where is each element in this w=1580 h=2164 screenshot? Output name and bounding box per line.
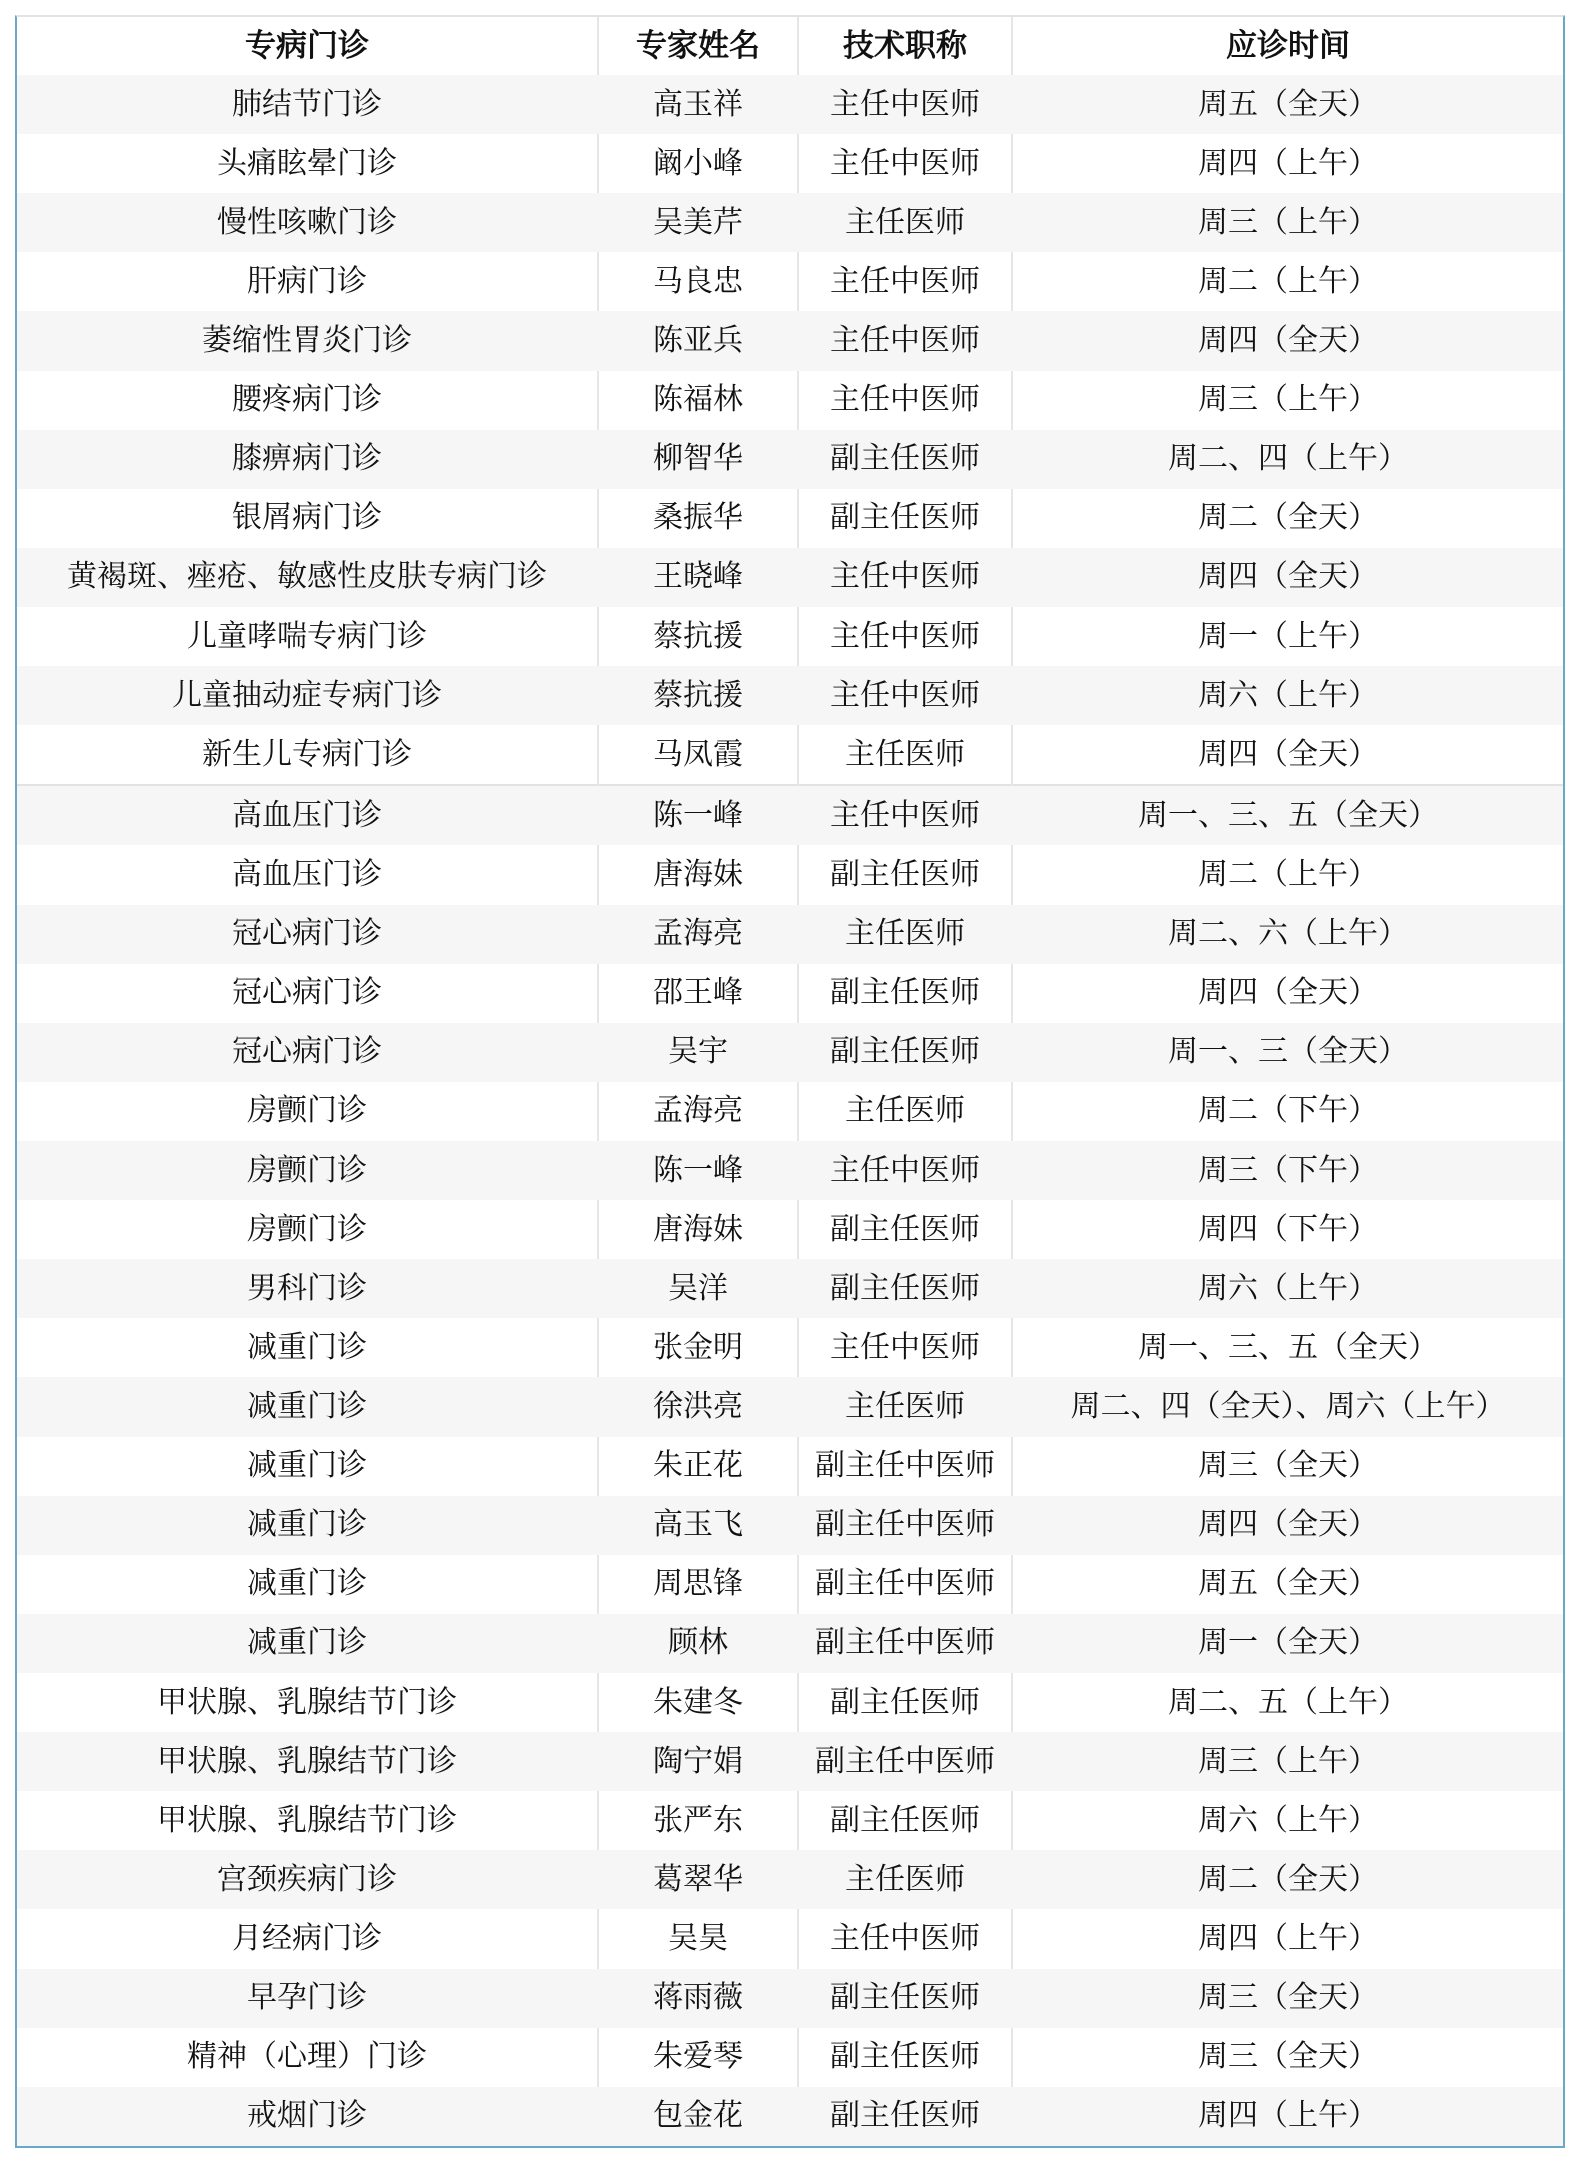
cell-expert: 葛翠华 (598, 1850, 798, 1909)
cell-clinic: 戒烟门诊 (17, 2087, 598, 2146)
table-row: 甲状腺、乳腺结节门诊张严东副主任医师周六（上午） (17, 1791, 1563, 1850)
cell-title: 主任中医师 (798, 785, 1012, 845)
cell-time: 周二、五（上午） (1012, 1673, 1563, 1732)
table-row: 房颤门诊孟海亮主任医师周二（下午） (17, 1082, 1563, 1141)
cell-time: 周六（上午） (1012, 666, 1563, 725)
table-row: 宫颈疾病门诊葛翠华主任医师周二（全天） (17, 1850, 1563, 1909)
table-row: 萎缩性胃炎门诊陈亚兵主任中医师周四（全天） (17, 311, 1563, 370)
table-row: 新生儿专病门诊马凤霞主任医师周四（全天） (17, 725, 1563, 785)
table-body: 肺结节门诊高玉祥主任中医师周五（全天）头痛眩晕门诊阚小峰主任中医师周四（上午）慢… (17, 75, 1563, 2146)
cell-title: 副主任医师 (798, 2087, 1012, 2146)
cell-expert: 马凤霞 (598, 725, 798, 785)
table-row: 房颤门诊陈一峰主任中医师周三（下午） (17, 1141, 1563, 1200)
cell-time: 周四（上午） (1012, 2087, 1563, 2146)
cell-title: 主任中医师 (798, 311, 1012, 370)
table-row: 高血压门诊陈一峰主任中医师周一、三、五（全天） (17, 785, 1563, 845)
table-row: 肝病门诊马良忠主任中医师周二（上午） (17, 252, 1563, 311)
cell-title: 副主任中医师 (798, 1732, 1012, 1791)
cell-title: 副主任医师 (798, 1259, 1012, 1318)
table-row: 头痛眩晕门诊阚小峰主任中医师周四（上午） (17, 134, 1563, 193)
cell-clinic: 精神（心理）门诊 (17, 2028, 598, 2087)
cell-clinic: 男科门诊 (17, 1259, 598, 1318)
cell-expert: 朱爱琴 (598, 2028, 798, 2087)
cell-clinic: 早孕门诊 (17, 1969, 598, 2028)
cell-expert: 吴美芹 (598, 193, 798, 252)
cell-expert: 蔡抗援 (598, 607, 798, 666)
cell-expert: 王晓峰 (598, 548, 798, 607)
cell-title: 主任中医师 (798, 1141, 1012, 1200)
cell-expert: 孟海亮 (598, 905, 798, 964)
cell-title: 副主任中医师 (798, 1496, 1012, 1555)
cell-clinic: 黄褐斑、痤疮、敏感性皮肤专病门诊 (17, 548, 598, 607)
header-time: 应诊时间 (1012, 17, 1563, 75)
cell-expert: 高玉飞 (598, 1496, 798, 1555)
header-expert: 专家姓名 (598, 17, 798, 75)
cell-title: 副主任中医师 (798, 1437, 1012, 1496)
cell-clinic: 房颤门诊 (17, 1141, 598, 1200)
cell-clinic: 冠心病门诊 (17, 1023, 598, 1082)
cell-time: 周一、三、五（全天） (1012, 785, 1563, 845)
cell-time: 周二、四（全天）、周六（上午） (1012, 1377, 1563, 1436)
cell-expert: 马良忠 (598, 252, 798, 311)
cell-expert: 朱建冬 (598, 1673, 798, 1732)
cell-expert: 唐海妹 (598, 1200, 798, 1259)
cell-expert: 顾林 (598, 1614, 798, 1673)
cell-expert: 蔡抗援 (598, 666, 798, 725)
table-row: 腰疼病门诊陈福林主任中医师周三（上午） (17, 371, 1563, 430)
cell-time: 周四（全天） (1012, 964, 1563, 1023)
cell-clinic: 头痛眩晕门诊 (17, 134, 598, 193)
cell-title: 副主任中医师 (798, 1614, 1012, 1673)
cell-clinic: 甲状腺、乳腺结节门诊 (17, 1791, 598, 1850)
cell-title: 主任医师 (798, 905, 1012, 964)
cell-title: 副主任医师 (798, 1200, 1012, 1259)
cell-time: 周二（下午） (1012, 1082, 1563, 1141)
table-row: 房颤门诊唐海妹副主任医师周四（下午） (17, 1200, 1563, 1259)
cell-title: 主任中医师 (798, 666, 1012, 725)
cell-time: 周四（全天） (1012, 725, 1563, 785)
table-row: 肺结节门诊高玉祥主任中医师周五（全天） (17, 75, 1563, 134)
cell-clinic: 减重门诊 (17, 1437, 598, 1496)
cell-title: 主任中医师 (798, 371, 1012, 430)
cell-title: 副主任医师 (798, 1023, 1012, 1082)
table-row: 儿童哮喘专病门诊蔡抗援主任中医师周一（上午） (17, 607, 1563, 666)
cell-clinic: 房颤门诊 (17, 1082, 598, 1141)
cell-expert: 高玉祥 (598, 75, 798, 134)
cell-title: 副主任医师 (798, 964, 1012, 1023)
cell-title: 副主任医师 (798, 430, 1012, 489)
cell-time: 周三（上午） (1012, 371, 1563, 430)
cell-clinic: 冠心病门诊 (17, 964, 598, 1023)
cell-time: 周三（全天） (1012, 1437, 1563, 1496)
cell-expert: 朱正花 (598, 1437, 798, 1496)
cell-title: 副主任医师 (798, 489, 1012, 548)
table-row: 儿童抽动症专病门诊蔡抗援主任中医师周六（上午） (17, 666, 1563, 725)
cell-expert: 张金明 (598, 1318, 798, 1377)
cell-clinic: 高血压门诊 (17, 785, 598, 845)
cell-expert: 阚小峰 (598, 134, 798, 193)
cell-time: 周二（全天） (1012, 489, 1563, 548)
cell-title: 主任中医师 (798, 1318, 1012, 1377)
cell-clinic: 膝痹病门诊 (17, 430, 598, 489)
cell-title: 主任医师 (798, 1377, 1012, 1436)
cell-clinic: 腰疼病门诊 (17, 371, 598, 430)
cell-expert: 邵王峰 (598, 964, 798, 1023)
cell-clinic: 甲状腺、乳腺结节门诊 (17, 1732, 598, 1791)
cell-clinic: 减重门诊 (17, 1555, 598, 1614)
cell-time: 周一、三（全天） (1012, 1023, 1563, 1082)
table-row: 减重门诊朱正花副主任中医师周三（全天） (17, 1437, 1563, 1496)
cell-time: 周一（全天） (1012, 1614, 1563, 1673)
cell-title: 副主任中医师 (798, 1555, 1012, 1614)
cell-time: 周四（全天） (1012, 1496, 1563, 1555)
table-row: 减重门诊徐洪亮主任医师周二、四（全天）、周六（上午） (17, 1377, 1563, 1436)
table-row: 减重门诊张金明主任中医师周一、三、五（全天） (17, 1318, 1563, 1377)
cell-expert: 孟海亮 (598, 1082, 798, 1141)
cell-clinic: 儿童哮喘专病门诊 (17, 607, 598, 666)
cell-clinic: 减重门诊 (17, 1318, 598, 1377)
table-row: 冠心病门诊邵王峰副主任医师周四（全天） (17, 964, 1563, 1023)
cell-title: 主任医师 (798, 1082, 1012, 1141)
table-row: 冠心病门诊孟海亮主任医师周二、六（上午） (17, 905, 1563, 964)
cell-clinic: 萎缩性胃炎门诊 (17, 311, 598, 370)
cell-clinic: 减重门诊 (17, 1377, 598, 1436)
cell-clinic: 肺结节门诊 (17, 75, 598, 134)
cell-time: 周三（上午） (1012, 193, 1563, 252)
cell-expert: 周思锋 (598, 1555, 798, 1614)
cell-expert: 陈亚兵 (598, 311, 798, 370)
table-row: 减重门诊周思锋副主任中医师周五（全天） (17, 1555, 1563, 1614)
cell-time: 周四（上午） (1012, 134, 1563, 193)
cell-title: 主任中医师 (798, 252, 1012, 311)
cell-time: 周五（全天） (1012, 1555, 1563, 1614)
cell-time: 周五（全天） (1012, 75, 1563, 134)
cell-title: 副主任医师 (798, 2028, 1012, 2087)
cell-time: 周二、六（上午） (1012, 905, 1563, 964)
cell-time: 周四（下午） (1012, 1200, 1563, 1259)
clinic-schedule-table-container: 专病门诊 专家姓名 技术职称 应诊时间 肺结节门诊高玉祥主任中医师周五（全天）头… (15, 15, 1565, 2148)
cell-expert: 张严东 (598, 1791, 798, 1850)
table-row: 早孕门诊蒋雨薇副主任医师周三（全天） (17, 1969, 1563, 2028)
cell-expert: 包金花 (598, 2087, 798, 2146)
cell-clinic: 减重门诊 (17, 1496, 598, 1555)
cell-title: 主任中医师 (798, 607, 1012, 666)
cell-time: 周六（上午） (1012, 1259, 1563, 1318)
cell-title: 主任医师 (798, 193, 1012, 252)
cell-expert: 陈一峰 (598, 1141, 798, 1200)
cell-clinic: 减重门诊 (17, 1614, 598, 1673)
table-row: 冠心病门诊吴宇副主任医师周一、三（全天） (17, 1023, 1563, 1082)
cell-time: 周一（上午） (1012, 607, 1563, 666)
cell-time: 周四（上午） (1012, 1909, 1563, 1968)
table-header-row: 专病门诊 专家姓名 技术职称 应诊时间 (17, 17, 1563, 75)
cell-clinic: 高血压门诊 (17, 845, 598, 904)
cell-expert: 吴昊 (598, 1909, 798, 1968)
cell-clinic: 慢性咳嗽门诊 (17, 193, 598, 252)
cell-title: 主任中医师 (798, 1909, 1012, 1968)
header-clinic: 专病门诊 (17, 17, 598, 75)
cell-title: 副主任医师 (798, 1791, 1012, 1850)
cell-clinic: 月经病门诊 (17, 1909, 598, 1968)
cell-expert: 陶宁娟 (598, 1732, 798, 1791)
table-row: 高血压门诊唐海妹副主任医师周二（上午） (17, 845, 1563, 904)
table-row: 精神（心理）门诊朱爱琴副主任医师周三（全天） (17, 2028, 1563, 2087)
cell-title: 副主任医师 (798, 1673, 1012, 1732)
table-row: 膝痹病门诊柳智华副主任医师周二、四（上午） (17, 430, 1563, 489)
cell-time: 周四（全天） (1012, 311, 1563, 370)
cell-expert: 柳智华 (598, 430, 798, 489)
cell-expert: 唐海妹 (598, 845, 798, 904)
cell-expert: 陈福林 (598, 371, 798, 430)
table-row: 甲状腺、乳腺结节门诊朱建冬副主任医师周二、五（上午） (17, 1673, 1563, 1732)
cell-title: 主任医师 (798, 725, 1012, 785)
cell-title: 主任中医师 (798, 75, 1012, 134)
table-row: 戒烟门诊包金花副主任医师周四（上午） (17, 2087, 1563, 2146)
table-row: 甲状腺、乳腺结节门诊陶宁娟副主任中医师周三（上午） (17, 1732, 1563, 1791)
cell-expert: 吴宇 (598, 1023, 798, 1082)
cell-time: 周三（上午） (1012, 1732, 1563, 1791)
table-row: 黄褐斑、痤疮、敏感性皮肤专病门诊王晓峰主任中医师周四（全天） (17, 548, 1563, 607)
table-row: 男科门诊吴洋副主任医师周六（上午） (17, 1259, 1563, 1318)
cell-clinic: 儿童抽动症专病门诊 (17, 666, 598, 725)
cell-time: 周二（上午） (1012, 845, 1563, 904)
cell-clinic: 新生儿专病门诊 (17, 725, 598, 785)
table-row: 减重门诊高玉飞副主任中医师周四（全天） (17, 1496, 1563, 1555)
cell-time: 周二（全天） (1012, 1850, 1563, 1909)
cell-title: 副主任医师 (798, 845, 1012, 904)
table-row: 银屑病门诊桑振华副主任医师周二（全天） (17, 489, 1563, 548)
cell-expert: 徐洪亮 (598, 1377, 798, 1436)
cell-title: 副主任医师 (798, 1969, 1012, 2028)
cell-time: 周一、三、五（全天） (1012, 1318, 1563, 1377)
cell-expert: 桑振华 (598, 489, 798, 548)
cell-clinic: 冠心病门诊 (17, 905, 598, 964)
cell-expert: 蒋雨薇 (598, 1969, 798, 2028)
cell-time: 周四（全天） (1012, 548, 1563, 607)
cell-time: 周六（上午） (1012, 1791, 1563, 1850)
cell-clinic: 肝病门诊 (17, 252, 598, 311)
cell-clinic: 房颤门诊 (17, 1200, 598, 1259)
cell-time: 周三（全天） (1012, 1969, 1563, 2028)
cell-time: 周二（上午） (1012, 252, 1563, 311)
cell-expert: 吴洋 (598, 1259, 798, 1318)
table-row: 月经病门诊吴昊主任中医师周四（上午） (17, 1909, 1563, 1968)
cell-time: 周二、四（上午） (1012, 430, 1563, 489)
cell-clinic: 甲状腺、乳腺结节门诊 (17, 1673, 598, 1732)
cell-clinic: 宫颈疾病门诊 (17, 1850, 598, 1909)
header-title: 技术职称 (798, 17, 1012, 75)
table-row: 减重门诊顾林副主任中医师周一（全天） (17, 1614, 1563, 1673)
cell-clinic: 银屑病门诊 (17, 489, 598, 548)
cell-title: 主任中医师 (798, 134, 1012, 193)
table-row: 慢性咳嗽门诊吴美芹主任医师周三（上午） (17, 193, 1563, 252)
cell-title: 主任中医师 (798, 548, 1012, 607)
clinic-schedule-table: 专病门诊 专家姓名 技术职称 应诊时间 肺结节门诊高玉祥主任中医师周五（全天）头… (17, 17, 1563, 2146)
cell-time: 周三（全天） (1012, 2028, 1563, 2087)
cell-expert: 陈一峰 (598, 785, 798, 845)
cell-title: 主任医师 (798, 1850, 1012, 1909)
cell-time: 周三（下午） (1012, 1141, 1563, 1200)
